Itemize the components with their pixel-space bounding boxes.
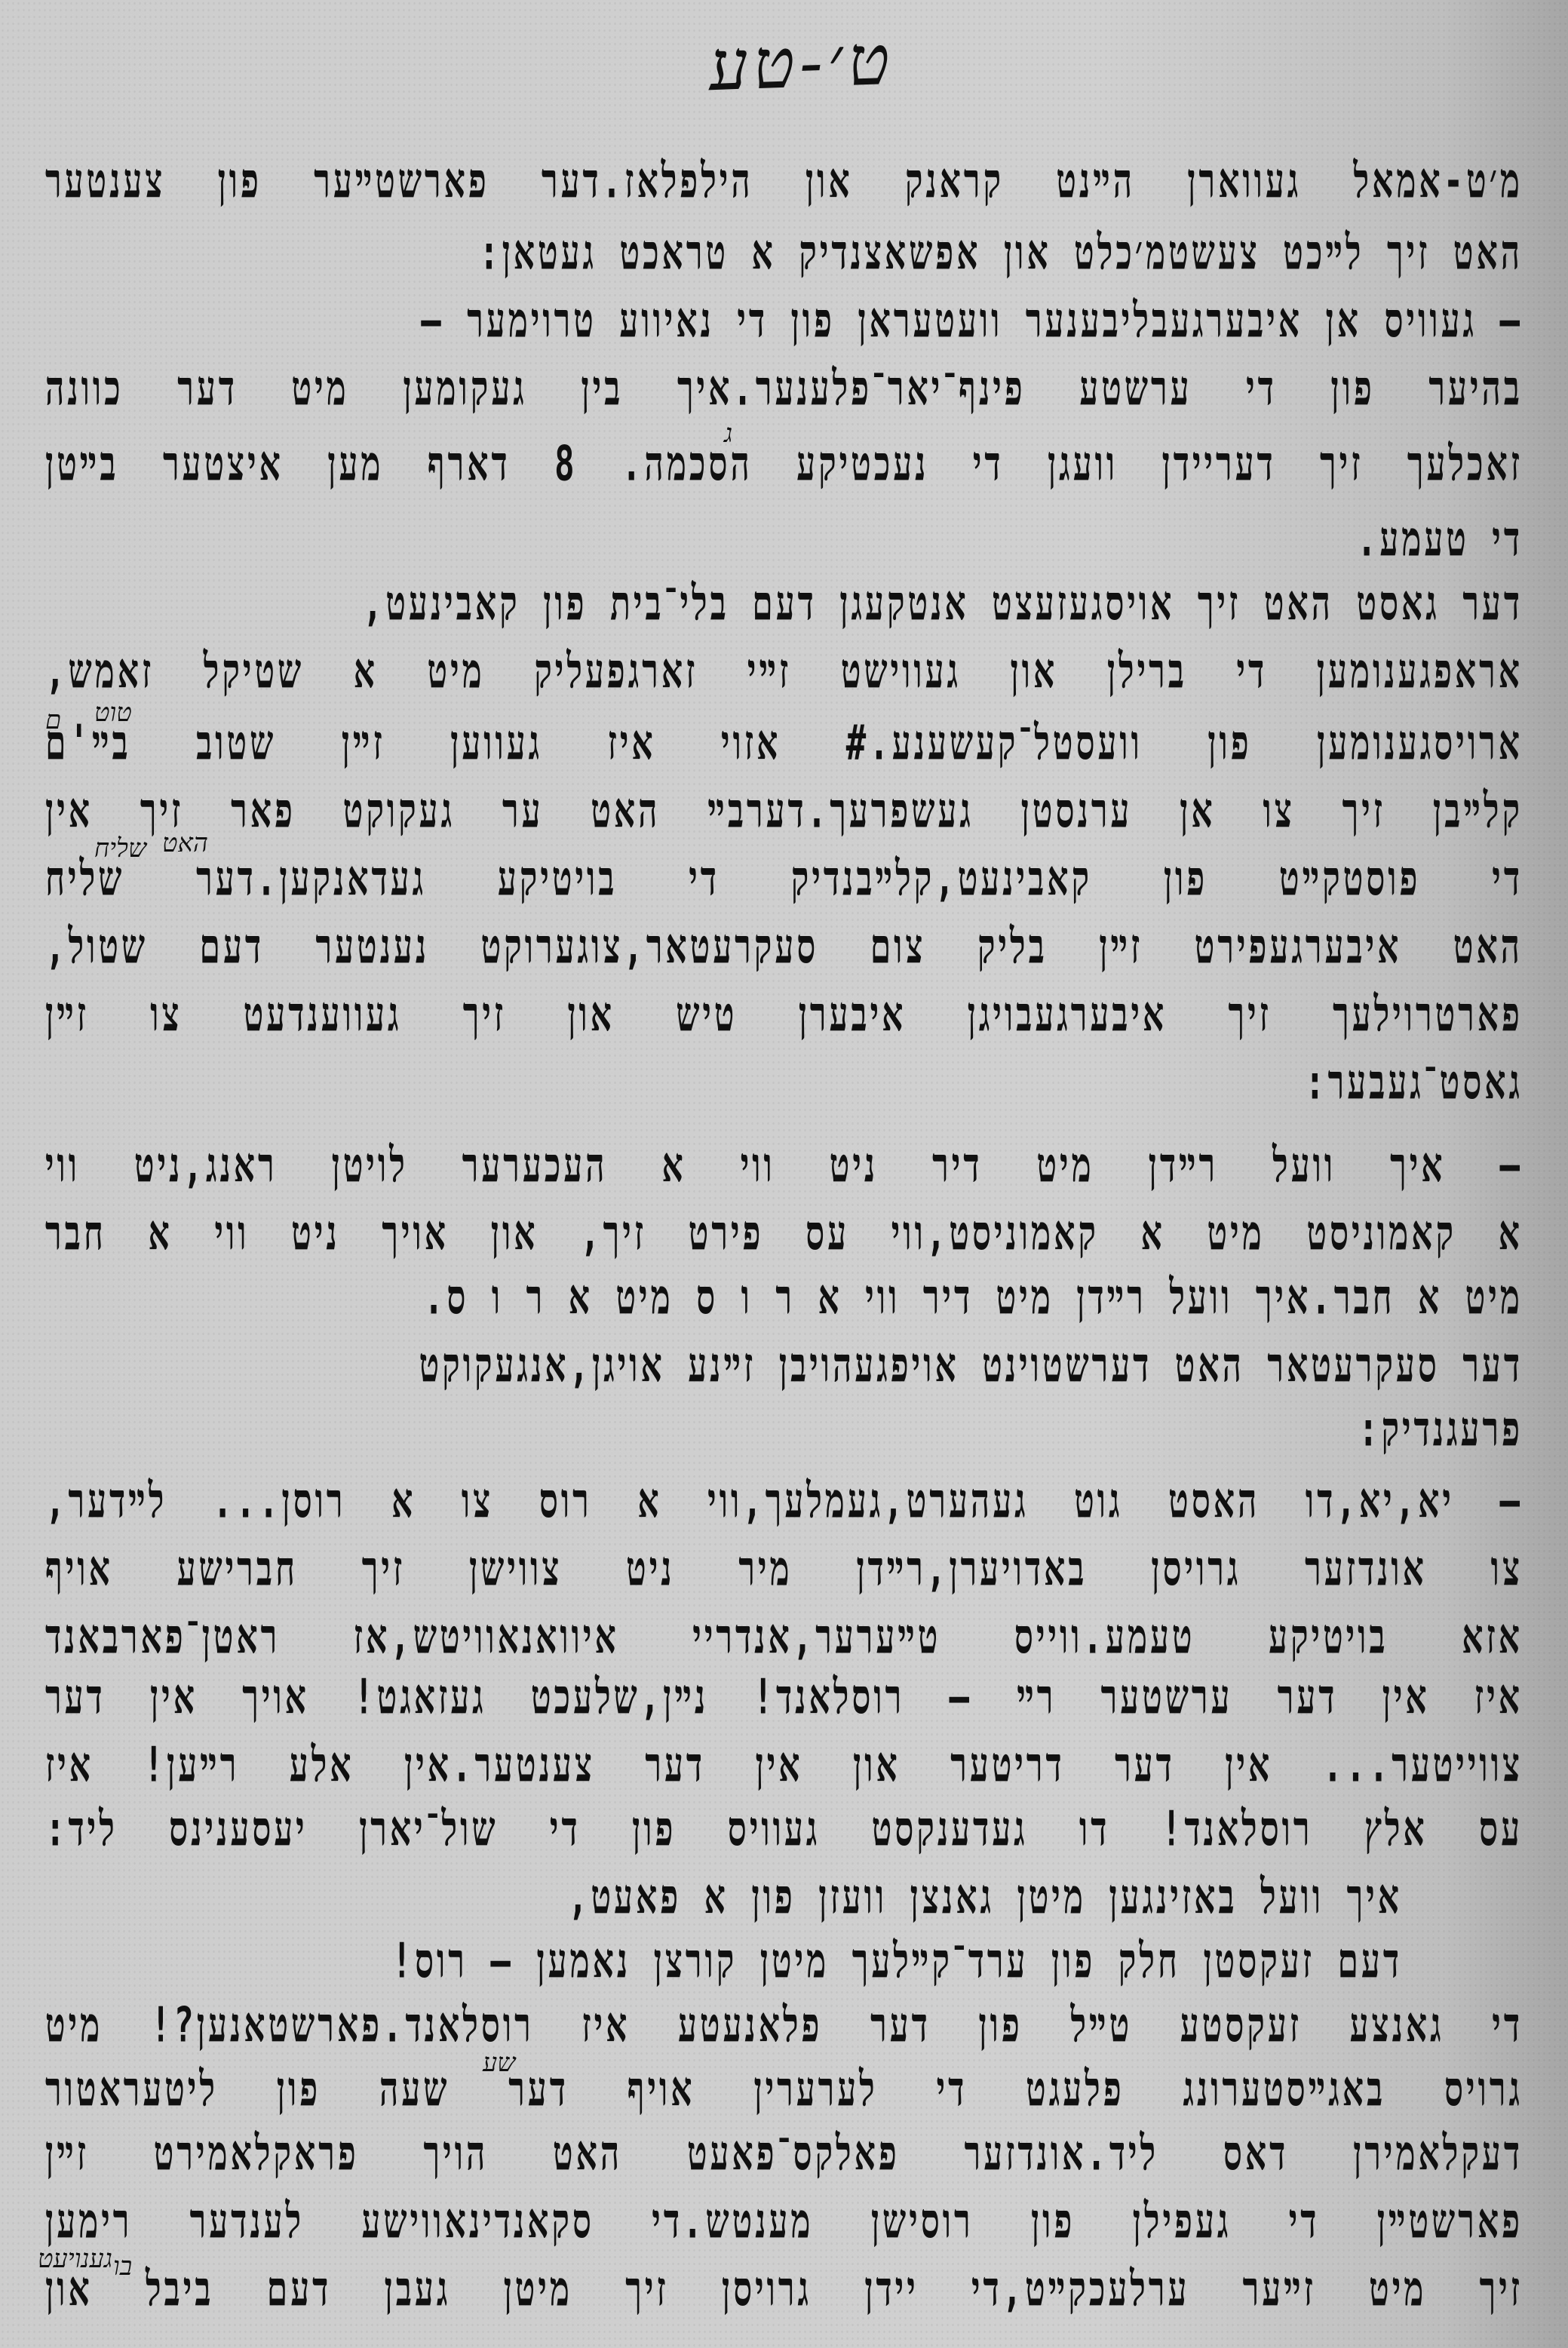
text-line: — געוויס אן איבערגעבליבענער וועטעראן פון…	[421, 293, 1523, 349]
text-line: צווייטער... אין דער דריטער און אין דער צ…	[45, 1738, 1523, 1794]
text-line: בהיער פון די ערשטע פינף־יאר־פלענער.איך ב…	[45, 361, 1523, 417]
text-line: אזא בויטיקע טעמע.ווייס טײערער,אנדריי איו…	[45, 1610, 1523, 1665]
handwritten-annotation: שליח	[94, 833, 146, 864]
text-line: דער סעקרעטאר האט דערשטוינט אויפגעהויבן ז…	[419, 1338, 1523, 1394]
text-line: די פוסטקײט פון קאבינעט,קלײבנדיק די בויטי…	[45, 852, 1523, 907]
text-line: האט זיך לײכט צעשטמ׳כלט און אפשאצנדיק א ט…	[479, 226, 1523, 281]
text-line: א קאמוניסט מיט א קאמוניסט,ווי עס פירט זי…	[45, 1206, 1523, 1262]
handwritten-annotation: שע	[483, 2048, 515, 2078]
text-line: די גאנצע זעקסטע טײל פון דער פלאנעטע איז …	[45, 1998, 1523, 2054]
text-line: זאכלעך זיך דעריידן וועגן די נעכטיקע הסכמ…	[45, 437, 1523, 493]
text-line: — איך וועל רײדן מיט דיר ניט ווי א העכערע…	[45, 1138, 1523, 1194]
text-line: דער גאסט האט זיך אויסגעזעצט אנטקעגן דעם …	[363, 576, 1523, 632]
text-line: פארטרוילעך זיך איבערגעבויגן איבערן טיש א…	[45, 987, 1523, 1043]
text-line: דעם זעקסטן חלק פון ערד־קײלעך מיטן קורצן …	[392, 1934, 1402, 1990]
text-line: עס אלץ רוסלאנד! דו געדענקסט געוויס פון ד…	[45, 1802, 1523, 1858]
text-line: פארשטײן די געפילן פון רוסישן מענטש.די סק…	[45, 2194, 1523, 2250]
handwritten-annotation: האט	[162, 828, 208, 858]
text-line: זיך מיט זײער ערלעכקײט,די יידן גרויסן זיך…	[45, 2262, 1523, 2318]
handwritten-annotation: בו	[113, 2251, 132, 2282]
text-line: צו אונדזער גרויסן באדויערן,רײדן מיר ניט …	[45, 1542, 1523, 1598]
document-page: ט׳-טע מ׳ט-אמאל געווארן הײנט קראנק און הי…	[0, 0, 1568, 2348]
text-line: האט איבערגעפירט זײן בליק צום סעקרעטאר,צו…	[45, 919, 1523, 975]
text-line: די טעמע.	[1357, 512, 1523, 568]
typed-text-block: מ׳ט-אמאל געווארן הײנט קראנק און הילפלאז.…	[0, 0, 1568, 2348]
handwritten-annotation: גענויעט	[38, 2244, 112, 2274]
text-line: מ׳ט-אמאל געווארן הײנט קראנק און הילפלאז.…	[45, 154, 1523, 210]
text-line: ארויסגענומען פון וועסטל־קעשענע.# אזוי אי…	[45, 716, 1523, 772]
text-line: מיט א חבר.איך וועל רײדן מיט דיר ווי א ר …	[424, 1270, 1523, 1326]
text-line: גאסט־געבער:	[1305, 1055, 1523, 1111]
text-line: אראפגענומען די ברילן און געווישט זײי זאר…	[45, 644, 1523, 700]
text-line: גרויס באגײסטערונג פלעגט די לערערין אויף …	[45, 2062, 1523, 2118]
handwritten-annotation: ם	[45, 705, 61, 735]
text-line: קלײבן זיך צו אן ערנסטן געשפרעך.דערבײ האט…	[45, 784, 1523, 839]
text-line: — יא,יא,דו האסט גוט געהערט,געמלעך,ווי א …	[45, 1474, 1523, 1530]
text-line: איך וועל באזינגען מיטן גאנצן וועזן פון א…	[568, 1870, 1402, 1926]
text-line: דעקלאמירן דאס ליד.אונדזער פאלקס־פאעט האט…	[45, 2126, 1523, 2182]
handwritten-annotation: ג	[724, 419, 732, 449]
handwritten-annotation: טוט	[94, 698, 132, 728]
text-line: פרעגנדיק:	[1358, 1402, 1523, 1458]
text-line: איז אין דער ערשטער רײ — רוסלאנד! נײן,שלע…	[45, 1670, 1523, 1726]
